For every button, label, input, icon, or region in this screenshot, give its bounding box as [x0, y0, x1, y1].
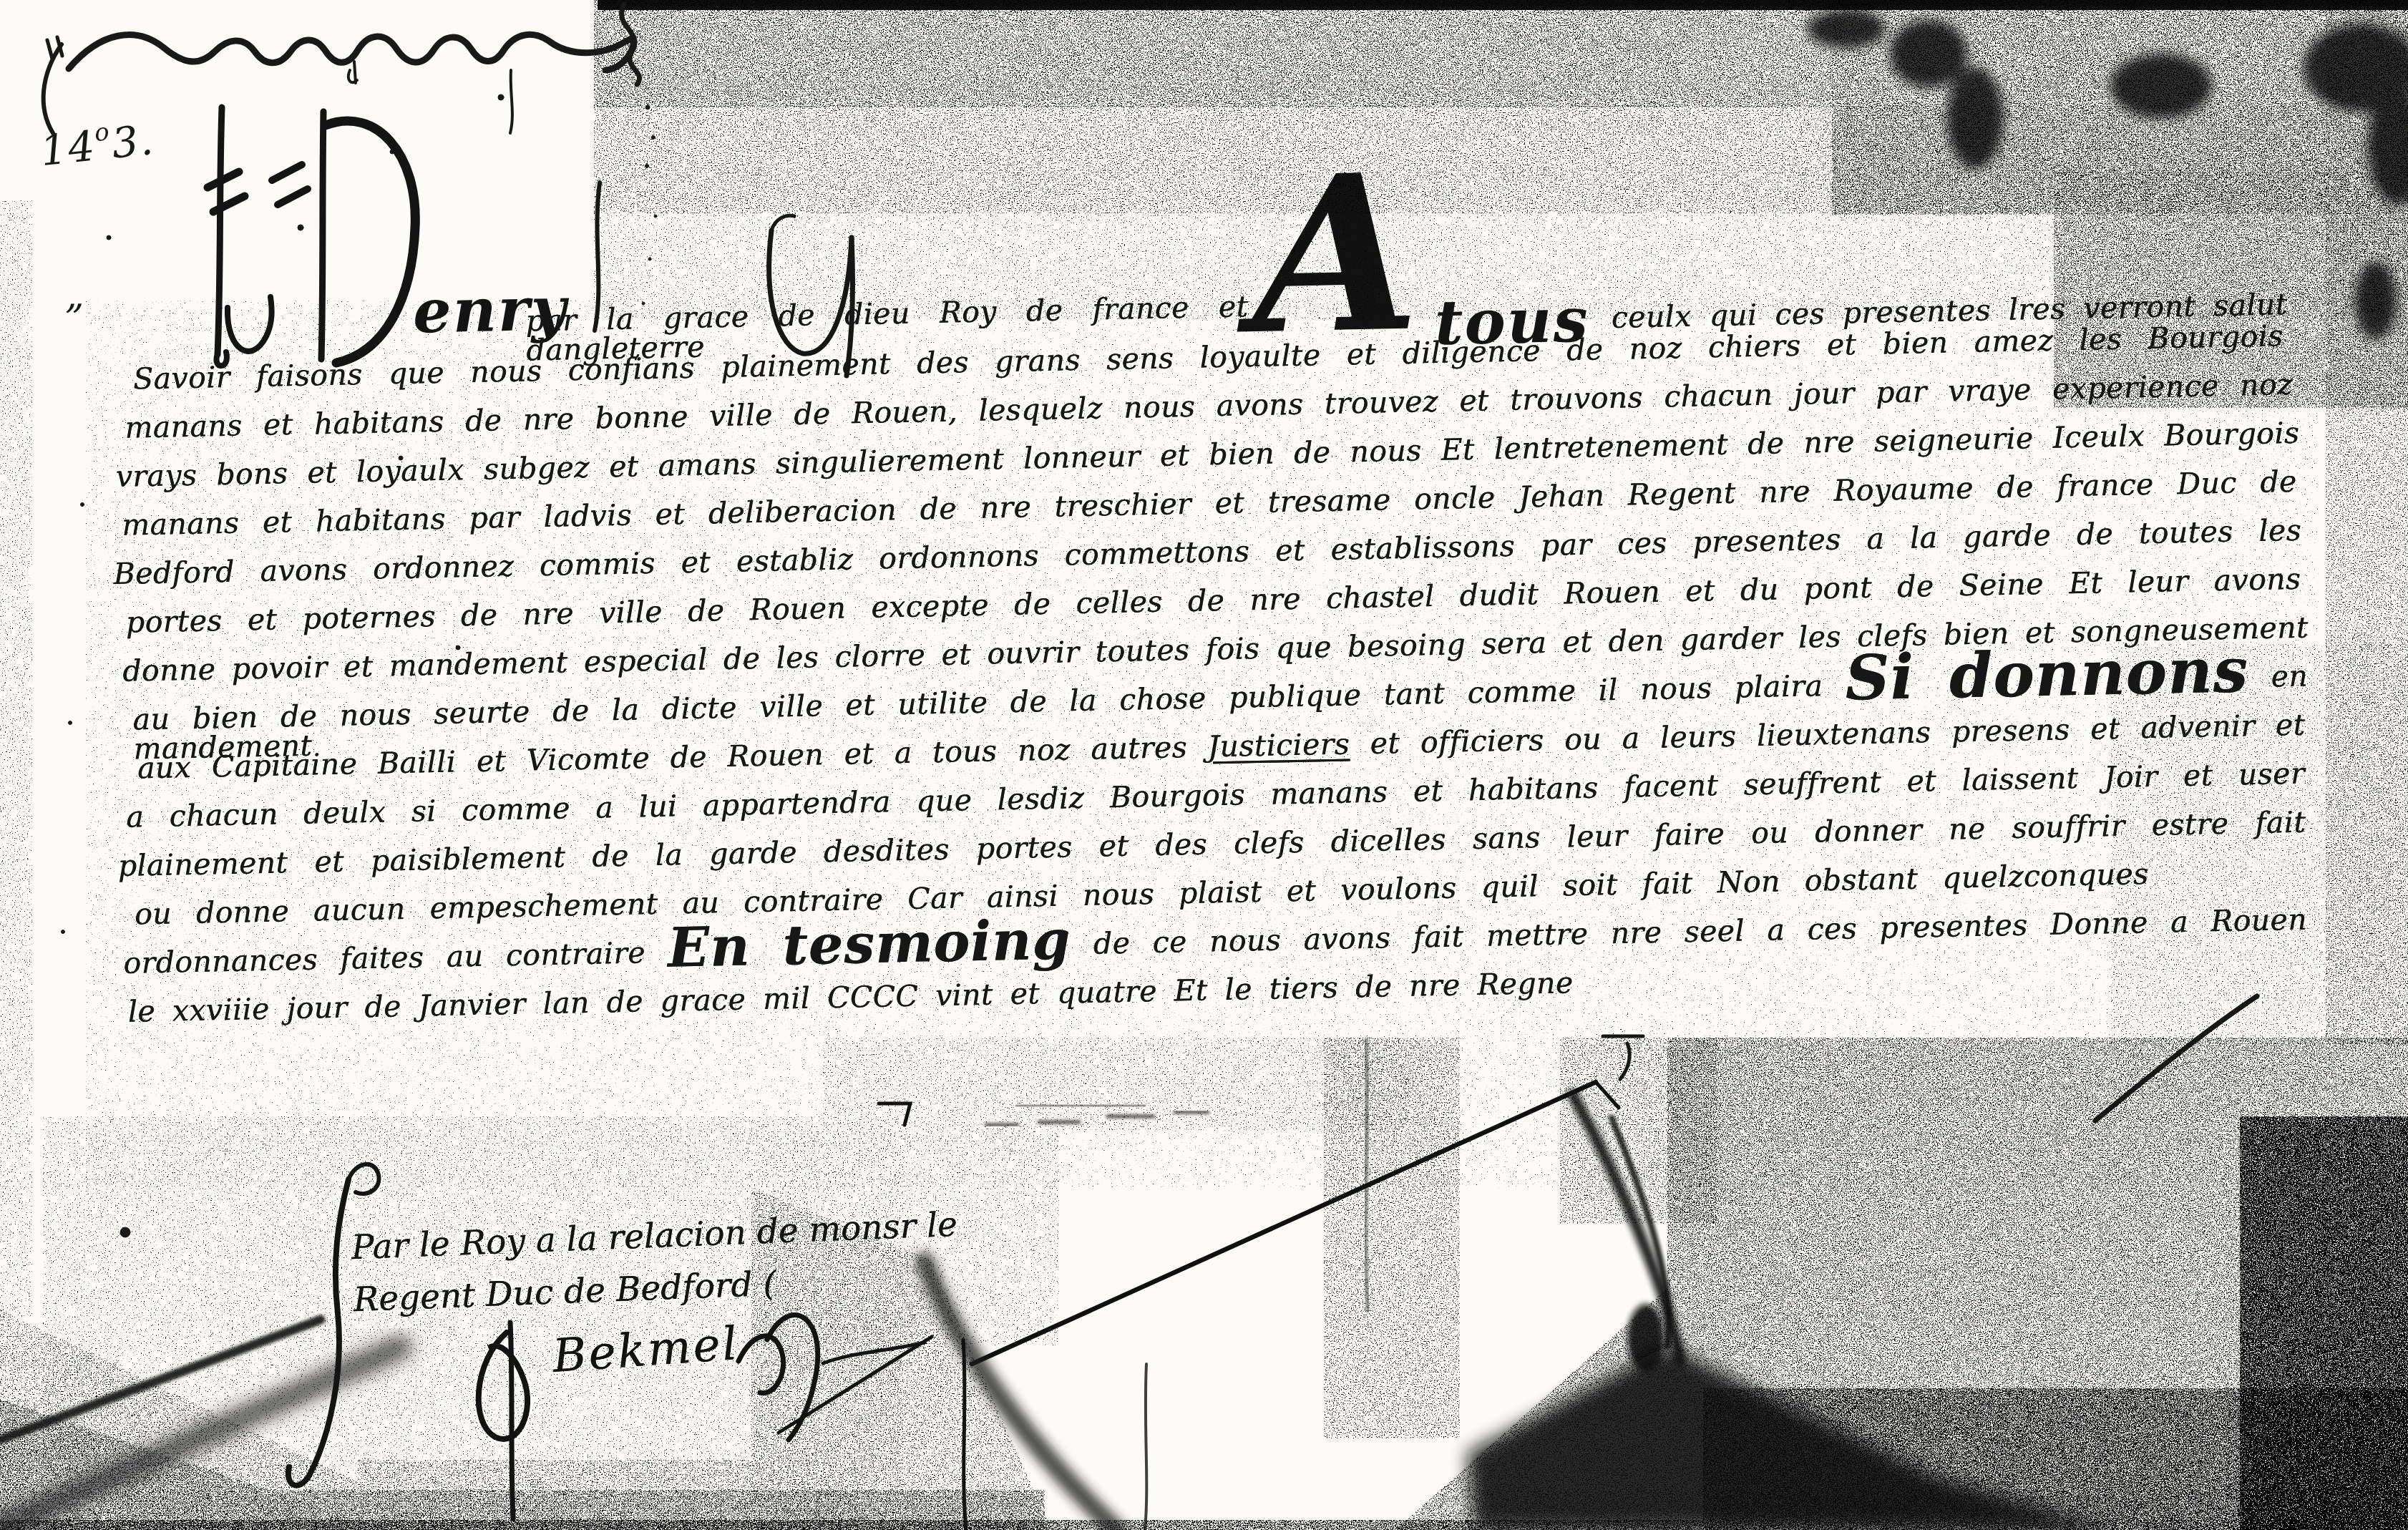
ditto-mark: „	[64, 274, 84, 318]
underlined-word-justiciers: Justiciers	[1207, 726, 1350, 764]
initial-a: A	[1250, 145, 1421, 364]
line14-post: de ce nous avons fait mettre nre seel a …	[1093, 902, 2307, 961]
shelfmark-b: 3.	[109, 115, 157, 168]
display-phrase-en-tesmoing: En tesmoing	[667, 907, 1071, 979]
display-phrase-si-donnons: Si donnons	[1844, 634, 2249, 714]
shelfmark-a: 14	[38, 121, 98, 175]
line14-pre: ordonnances faites au contraire	[123, 935, 645, 980]
manuscript-line: le xxviiie jour de Janvier lan de grace …	[127, 968, 1573, 1027]
charter-scan-page: „ enry par la grace de dieu Roy de franc…	[0, 0, 2408, 1530]
